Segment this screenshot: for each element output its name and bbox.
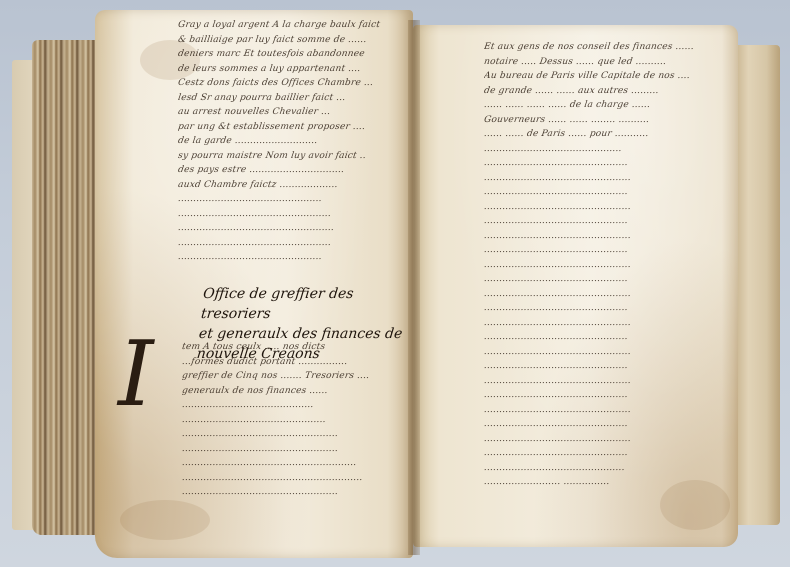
handwritten-line: au arrest nouvelles Chevalier ... (178, 105, 408, 120)
handwritten-line: ........................................… (182, 413, 410, 428)
handwritten-line: ........................................… (484, 156, 724, 171)
handwritten-line: ........................................… (484, 171, 724, 186)
handwritten-line: Et aux gens de nos conseil des finances … (484, 40, 724, 55)
handwritten-line: ........................................… (484, 316, 724, 331)
heading-line: Office de greffier des tresoriers (200, 284, 414, 324)
handwritten-line: ......................... ..............… (484, 475, 724, 490)
handwritten-line: generaulx de nos finances ...... (182, 384, 410, 399)
handwritten-line: Au bureau de Paris ville Capitale de nos… (484, 69, 724, 84)
handwritten-line: ........................................… (182, 427, 410, 442)
handwritten-line: ........................................… (484, 461, 724, 476)
handwritten-line: tem A tous ceulx ..... nos dicts (182, 340, 410, 355)
handwritten-line: ........................................… (484, 301, 724, 316)
handwritten-line: Gray a loyal argent A la charge baulx fa… (178, 18, 408, 33)
handwritten-line: ........................................… (178, 192, 408, 207)
handwritten-line: ........................................… (178, 236, 408, 251)
handwritten-line: ...formes dudict portant ...............… (182, 355, 410, 370)
handwritten-line: lesd Sr anay pourra baillier faict ... (178, 91, 408, 106)
handwritten-line: ........................................… (484, 214, 724, 229)
handwritten-line: Gouverneurs ...... ...... ........ .....… (484, 113, 724, 128)
handwritten-line: sy pourra maistre Nom luy avoir faict .. (178, 149, 408, 164)
handwritten-line: ........................................… (484, 287, 724, 302)
handwritten-line: ...... ...... de Paris ...... pour .....… (484, 127, 724, 142)
handwritten-line: ........................................… (484, 272, 724, 287)
handwritten-line: ........................................… (182, 485, 410, 500)
handwritten-line: deniers marc Et toutesfois abandonnee (178, 47, 408, 62)
manuscript-photo: Gray a loyal argent A la charge baulx fa… (0, 0, 790, 567)
handwritten-line: Cestz dons faicts des Offices Chambre ..… (178, 76, 408, 91)
paper-stain (120, 500, 210, 540)
handwritten-line: & bailliaige par luy faict somme de ....… (178, 33, 408, 48)
right-page-text: Et aux gens de nos conseil des finances … (484, 40, 724, 490)
handwritten-line: ........................................… (182, 471, 410, 486)
handwritten-line: ........................................… (484, 185, 724, 200)
left-page-top-text: Gray a loyal argent A la charge baulx fa… (178, 18, 408, 268)
left-page-body-text: tem A tous ceulx ..... nos dicts...forme… (182, 340, 410, 500)
handwritten-line: des pays estre .........................… (178, 163, 408, 178)
handwritten-line: ........................................… (182, 398, 410, 413)
handwritten-line: ........................................… (484, 359, 724, 374)
handwritten-line: ........................................… (182, 442, 410, 457)
handwritten-line: de grande ...... ...... aux autres .....… (484, 84, 724, 99)
handwritten-line: greffier de Cinq nos ....... Tresoriers … (182, 369, 410, 384)
handwritten-line: ........................................… (182, 456, 410, 471)
handwritten-line: ........................................… (484, 345, 724, 360)
book-cover-right (735, 45, 780, 525)
handwritten-line: ........................................… (178, 250, 408, 265)
handwritten-line: ........................................… (178, 207, 408, 222)
handwritten-line: ........................................… (484, 374, 724, 389)
handwritten-line: ........................................… (178, 221, 408, 236)
handwritten-line: ........................................… (484, 446, 724, 461)
handwritten-line: ........................................… (484, 142, 724, 157)
handwritten-line: notaire ..... Dessus ...... que led ....… (484, 55, 724, 70)
handwritten-line: ........................................… (484, 432, 724, 447)
handwritten-line: auxd Chambre faictz ................... (178, 178, 408, 193)
handwritten-line: ........................................… (484, 258, 724, 273)
handwritten-line: ........................................… (484, 243, 724, 258)
handwritten-line: par ung &t establissement proposer .... (178, 120, 408, 135)
handwritten-line: ........................................… (484, 200, 724, 215)
handwritten-line: ........................................… (484, 403, 724, 418)
handwritten-line: ........................................… (484, 330, 724, 345)
handwritten-line: de leurs sommes a luy appartenant .... (178, 62, 408, 77)
handwritten-line: ........................................… (484, 417, 724, 432)
handwritten-line: ........................................… (484, 388, 724, 403)
handwritten-line: ........................................… (484, 229, 724, 244)
handwritten-line: ...... ...... ...... ...... de la charge… (484, 98, 724, 113)
handwritten-line: de la garde ........................... (178, 134, 408, 149)
